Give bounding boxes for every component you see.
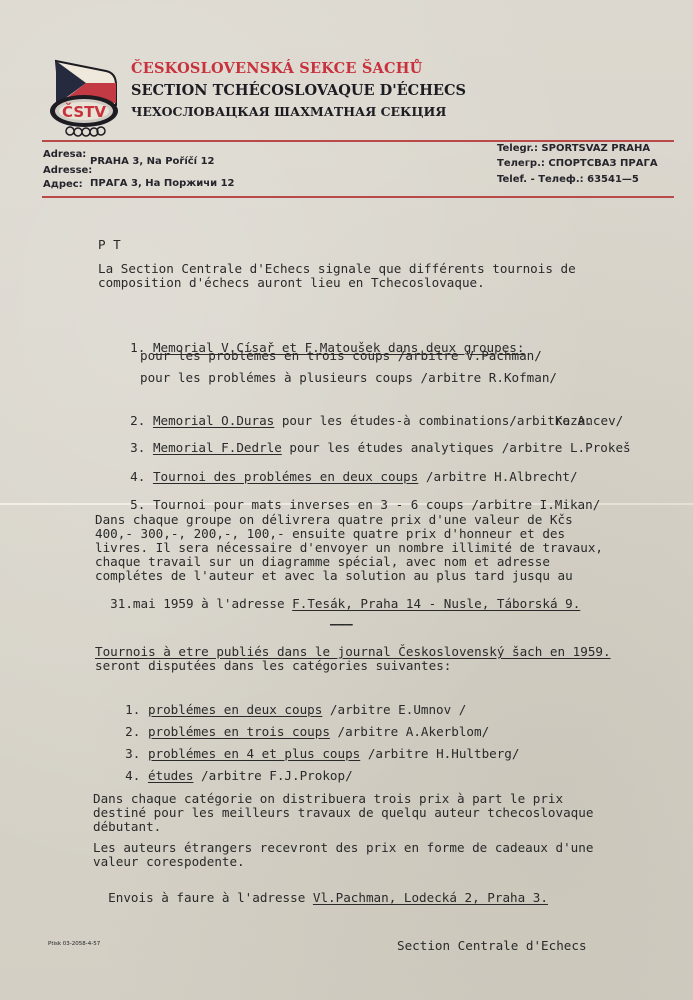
letterhead-czech: ČESKOSLOVENSKÁ SEKCE ŠACHŮ — [131, 60, 422, 77]
svg-text:ČSTV: ČSTV — [62, 102, 106, 121]
category-arbiter: /arbitre H.Hultberg/ — [360, 746, 519, 761]
tournament-1-sub-2: pour les problémes à plusieurs coups /ar… — [140, 371, 557, 385]
separator: ——— — [330, 617, 353, 631]
telegraph-latin: Telegr.: SPORTSVAZ PRAHA — [497, 143, 650, 154]
deadline-line: 31.mai 1959 à l'adresse F.Tesák, Praha 1… — [95, 583, 580, 611]
telegraph-cyrillic: Телегр.: СПОРТСВАЗ ПРАГА — [497, 158, 658, 169]
letterhead-russian: ЧЕХОСЛОВАЦКАЯ ШАХМАТНАЯ СЕКЦИЯ — [131, 104, 446, 119]
tournament-details: pour les études-à combinations/arbitre A… — [274, 413, 592, 428]
tournament-details: /arbitre H.Albrecht/ — [418, 469, 577, 484]
category-prizes-line-3: débutant. — [93, 820, 161, 834]
print-code: Ptisk 03-2058-4-57 — [48, 941, 100, 947]
tournament-title: Memorial O.Duras — [153, 413, 274, 428]
tournament-2-continuation: Kazancev/ — [555, 414, 623, 428]
header-rule-bottom — [42, 196, 674, 198]
category-4: 4. études /arbitre F.J.Prokop/ — [110, 755, 353, 783]
deadline-prefix: 31.mai 1959 à l'adresse — [110, 596, 292, 611]
send-address: Vl.Pachman, Lodecká 2, Praha 3. — [313, 890, 548, 905]
category-number: 4. — [125, 768, 140, 783]
deadline-address: F.Tesák, Praha 14 - Nusle, Táborská 9. — [292, 596, 580, 611]
foreign-prizes-line-2: valeur corespodente. — [93, 855, 245, 869]
category-prizes-line-1: Dans chaque catégorie on distribuera tro… — [93, 792, 563, 806]
address-value-cyrillic: ПРАГА 3, На Поржичи 12 — [90, 178, 235, 189]
address-label-fr: Adresse: — [43, 165, 92, 176]
tournament-number: 5. — [130, 497, 145, 512]
address-label-ru: Адрес: — [43, 179, 83, 190]
letterhead-french: SECTION TCHÉCOSLOVAQUE D'ÉCHECS — [131, 82, 466, 99]
foreign-prizes-line-1: Les auteurs étrangers recevront des prix… — [93, 841, 593, 855]
category-title: études — [148, 768, 194, 783]
salutation: P T — [98, 238, 121, 252]
prize-line-3: livres. Il sera nécessaire d'envoyer un … — [95, 541, 603, 555]
header-rule-top — [42, 140, 674, 142]
tournament-number: 3. — [130, 440, 145, 455]
prize-line-1: Dans chaque groupe on délivrera quatre p… — [95, 513, 573, 527]
prize-line-4: chaque travail sur un diagramme spécial,… — [95, 555, 550, 569]
tournament-number: 4. — [130, 469, 145, 484]
cstv-logo-icon: ČSTV — [46, 55, 122, 139]
tournament-details: pour les études analytiques /arbitre L.P… — [282, 440, 631, 455]
tournament-number: 2. — [130, 413, 145, 428]
category-prizes-line-2: destiné pour les meilleurs travaux de qu… — [93, 806, 593, 820]
send-line: Envois à faure à l'adresse Vl.Pachman, L… — [93, 877, 548, 905]
send-prefix: Envois à faure à l'adresse — [108, 890, 313, 905]
tournament-5: 5. Tournoi pour mats inverses en 3 - 6 c… — [115, 484, 600, 512]
prize-line-2: 400,- 300,-, 200,-, 100,- ensuite quatre… — [95, 527, 565, 541]
tournament-title: Tournoi des problémes en deux coups — [153, 469, 418, 484]
tournament-3: 3. Memorial F.Dedrle pour les études ana… — [115, 427, 631, 455]
address-label-cz: Adresa: — [43, 149, 86, 160]
tournament-details: Tournoi pour mats inverses en 3 - 6 coup… — [153, 497, 600, 512]
tournament-2: 2. Memorial O.Duras pour les études-à co… — [115, 400, 593, 428]
prize-line-5: complétes de l'auteur et avec la solutio… — [95, 569, 573, 583]
intro-line-1: La Section Centrale d'Echecs signale que… — [98, 262, 576, 276]
tournament-1-sub-1: pour les problémes en trois coups /arbit… — [140, 349, 542, 363]
tournament-title: Memorial F.Dedrle — [153, 440, 282, 455]
journal-heading: Tournois à etre publiés dans le journal … — [95, 645, 611, 659]
journal-subheading: seront disputées dans les catégories sui… — [95, 659, 451, 673]
category-arbiter: /arbitre F.J.Prokop/ — [193, 768, 352, 783]
signature: Section Centrale d'Echecs — [397, 939, 587, 953]
tournament-4: 4. Tournoi des problémes en deux coups /… — [115, 456, 578, 484]
telephone: Telef. - Телеф.: 63541—5 — [497, 174, 639, 185]
intro-line-2: composition d'échecs auront lieu en Tche… — [98, 276, 485, 290]
address-value-latin: PRAHA 3, Na Poříčí 12 — [90, 156, 215, 167]
